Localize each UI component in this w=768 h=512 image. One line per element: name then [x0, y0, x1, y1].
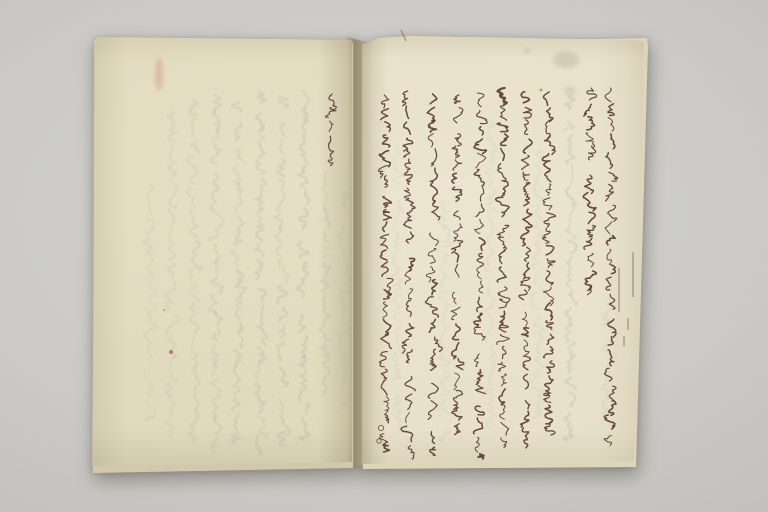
open-book: [0, 0, 768, 512]
manuscript-photo: Photograph of an open stab-bound Japanes…: [0, 0, 768, 512]
